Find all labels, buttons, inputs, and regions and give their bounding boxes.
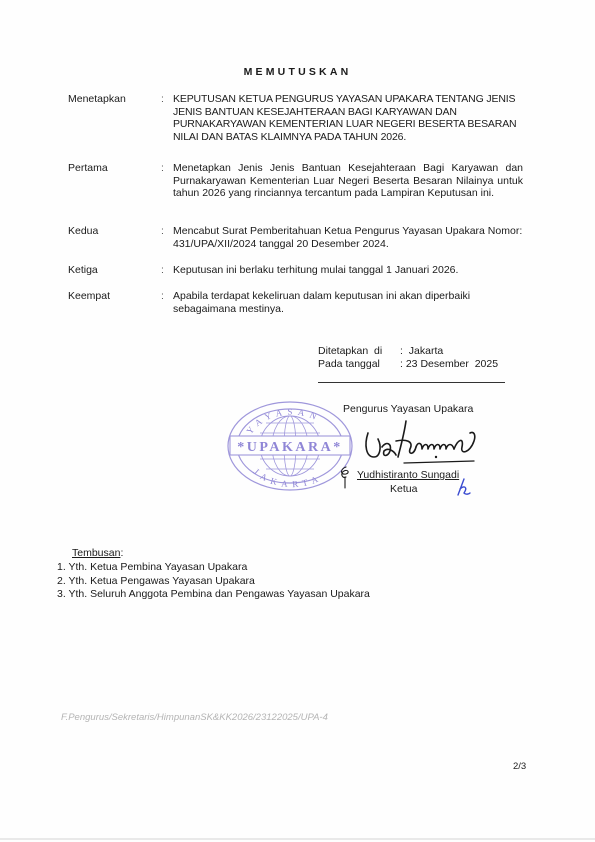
issue-date-row: Pada tanggal: 23 Desember 2025 — [318, 358, 498, 371]
signing-organization: Pengurus Yayasan Upakara — [343, 403, 473, 415]
clause-separator: : — [161, 93, 164, 106]
page-number: 2/3 — [513, 761, 526, 772]
copies-list-item: 1. Yth. Ketua Pembina Yayasan Upakara — [57, 561, 370, 575]
copies-title-text: Tembusan — [72, 547, 120, 559]
issue-date-label: Pada tanggal — [318, 358, 400, 371]
signer-role: Ketua — [390, 483, 417, 495]
clause-text: Mencabut Surat Pemberitahuan Ketua Pengu… — [173, 225, 523, 250]
clause-text: Keputusan ini berlaku terhitung mulai ta… — [173, 264, 523, 277]
svg-text:*UPAKARA*: *UPAKARA* — [237, 440, 342, 455]
issue-separator: : — [400, 345, 403, 357]
paraf-mark-icon — [336, 465, 354, 489]
foundation-stamp-icon: YAYASAN JAKARTA *UPAKARA* — [226, 399, 354, 493]
copies-list: 1. Yth. Ketua Pembina Yayasan Upakara 2.… — [57, 561, 370, 602]
clause-text: Apabila terdapat kekeliruan dalam keputu… — [173, 290, 523, 315]
clause-label: Menetapkan — [68, 93, 158, 106]
clause-label: Kedua — [68, 225, 158, 238]
decision-heading: MEMUTUSKAN — [0, 66, 595, 78]
issue-place-row: Ditetapkan di: Jakarta — [318, 345, 498, 358]
copies-title: Tembusan: — [72, 547, 123, 559]
handwritten-signature-icon — [362, 417, 482, 469]
issue-separator: : — [400, 358, 403, 370]
clause-separator: : — [161, 162, 164, 175]
clause-text: KEPUTUSAN KETUA PENGURUS YAYASAN UPAKARA… — [173, 93, 523, 143]
copies-list-item: 2. Yth. Ketua Pengawas Yayasan Upakara — [57, 575, 370, 589]
clause-text: Menetapkan Jenis Jenis Bantuan Kesejahte… — [173, 162, 523, 200]
clause-label: Ketiga — [68, 264, 158, 277]
document-page: MEMUTUSKAN Menetapkan : KEPUTUSAN KETUA … — [0, 0, 595, 842]
clause-separator: : — [161, 290, 164, 303]
clause-separator: : — [161, 225, 164, 238]
initial-mark-icon — [450, 477, 472, 497]
issue-place-label: Ditetapkan di — [318, 345, 400, 358]
issue-details: Ditetapkan di: Jakarta Pada tanggal: 23 … — [318, 345, 498, 370]
clause-label: Pertama — [68, 162, 158, 175]
clause-separator: : — [161, 264, 164, 277]
issue-place-value: Jakarta — [409, 345, 443, 357]
copies-title-suffix: : — [120, 547, 123, 559]
signer-name: Yudhistiranto Sungadi — [357, 469, 459, 481]
issue-date-value: 23 Desember 2025 — [406, 358, 498, 370]
svg-text:YAYASAN: YAYASAN — [244, 407, 322, 436]
signature-divider — [318, 382, 505, 383]
scan-edge — [0, 838, 595, 840]
file-reference: F.Pengurus/Sekretaris/HimpunanSK&KK2026/… — [61, 712, 328, 723]
clause-label: Keempat — [68, 290, 158, 303]
copies-list-item: 3. Yth. Seluruh Anggota Pembina dan Peng… — [57, 588, 370, 602]
